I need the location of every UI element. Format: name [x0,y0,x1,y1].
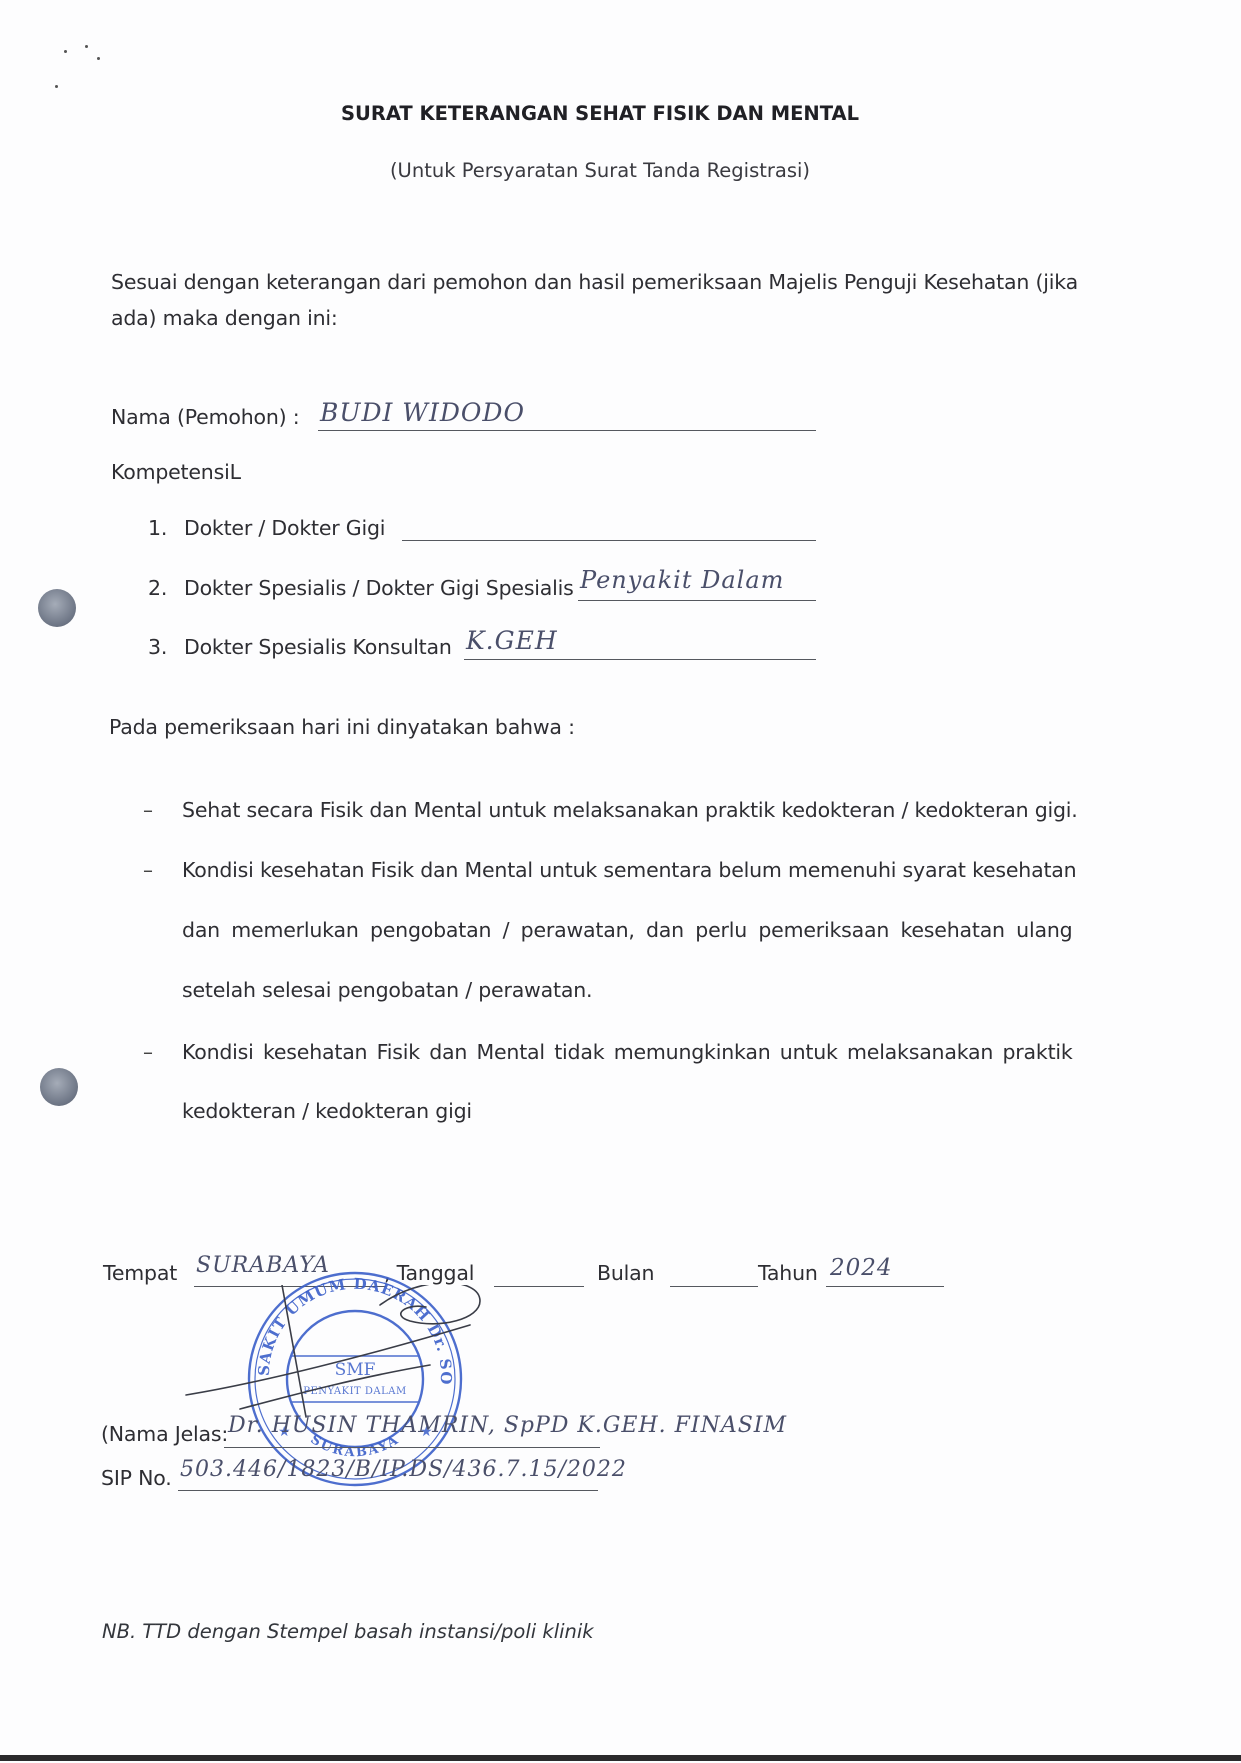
year-field[interactable]: 2024 [830,1255,893,1281]
applicant-underline [318,430,816,431]
competency-item-3-number: 3. [148,635,167,659]
signer-name-label: (Nama Jelas: [101,1422,228,1446]
document-title: SURAT KETERANGAN SEHAT FISIK DAN MENTAL [0,102,1200,125]
competency-item-3-field[interactable]: K.GEH [466,626,558,655]
competency-item-3-underline [464,659,816,660]
statement-2-line-1: Kondisi kesehatan Fisik dan Mental untuk… [182,858,1076,882]
competency-item-2-underline [578,600,816,601]
year-underline [826,1286,944,1287]
statement-3-bullet: – [143,1040,153,1064]
competency-item-1-label: Dokter / Dokter Gigi [184,516,385,540]
applicant-label: Nama (Pemohon) : [111,405,299,429]
document-subtitle: (Untuk Persyaratan Surat Tanda Registras… [0,159,1200,182]
competency-item-1-field[interactable] [402,540,816,541]
applicant-name-field[interactable]: BUDI WIDODO [320,398,525,427]
place-label: Tempat [103,1261,177,1285]
year-label: Tahun [758,1261,818,1285]
scan-speck [85,45,88,48]
competency-item-1-number: 1. [148,516,167,540]
scan-speck [55,85,58,88]
statement-1-line-1: Sehat secara Fisik dan Mental untuk mela… [182,798,1078,822]
sip-label: SIP No. [101,1466,172,1490]
statement-1-bullet: – [143,798,153,822]
sip-field[interactable]: 503.446/1823/B/IP.DS/436.7.15/2022 [180,1457,627,1482]
month-label: Bulan [597,1261,654,1285]
statement-3-line-2: kedokteran / kedokteran gigi [182,1099,472,1123]
competency-item-2-label: Dokter Spesialis / Dokter Gigi Spesialis [184,576,574,600]
punch-hole-bottom [40,1068,78,1106]
signature [180,1285,510,1425]
footnote: NB. TTD dengan Stempel basah instansi/po… [102,1620,594,1643]
sip-underline [178,1490,598,1491]
competency-item-3-label: Dokter Spesialis Konsultan [184,635,452,659]
signer-name-field[interactable]: Dr. HUSIN THAMRIN, SpPD K.GEH. FINASIM [228,1413,787,1438]
competency-item-2-number: 2. [148,576,167,600]
statement-2-bullet: – [143,858,153,882]
statement-2-line-2: dan memerlukan pengobatan / perawatan, d… [182,918,1072,942]
intro-line-2: ada) maka dengan ini: [111,306,338,330]
statement-2-line-3: setelah selesai pengobatan / perawatan. [182,978,592,1002]
scan-speck [64,50,67,53]
statement-3-line-1: Kondisi kesehatan Fisik dan Mental tidak… [182,1040,1073,1064]
punch-hole-top [38,589,76,627]
scan-bottom-edge [0,1755,1241,1761]
month-field[interactable] [670,1286,758,1287]
competency-label: KompetensiL [111,460,241,484]
statement-intro: Pada pemeriksaan hari ini dinyatakan bah… [109,715,575,739]
signer-name-underline [224,1447,600,1448]
intro-line-1: Sesuai dengan keterangan dari pemohon da… [111,270,1078,294]
competency-item-2-field[interactable]: Penyakit Dalam [580,566,784,594]
scan-speck [97,57,100,60]
